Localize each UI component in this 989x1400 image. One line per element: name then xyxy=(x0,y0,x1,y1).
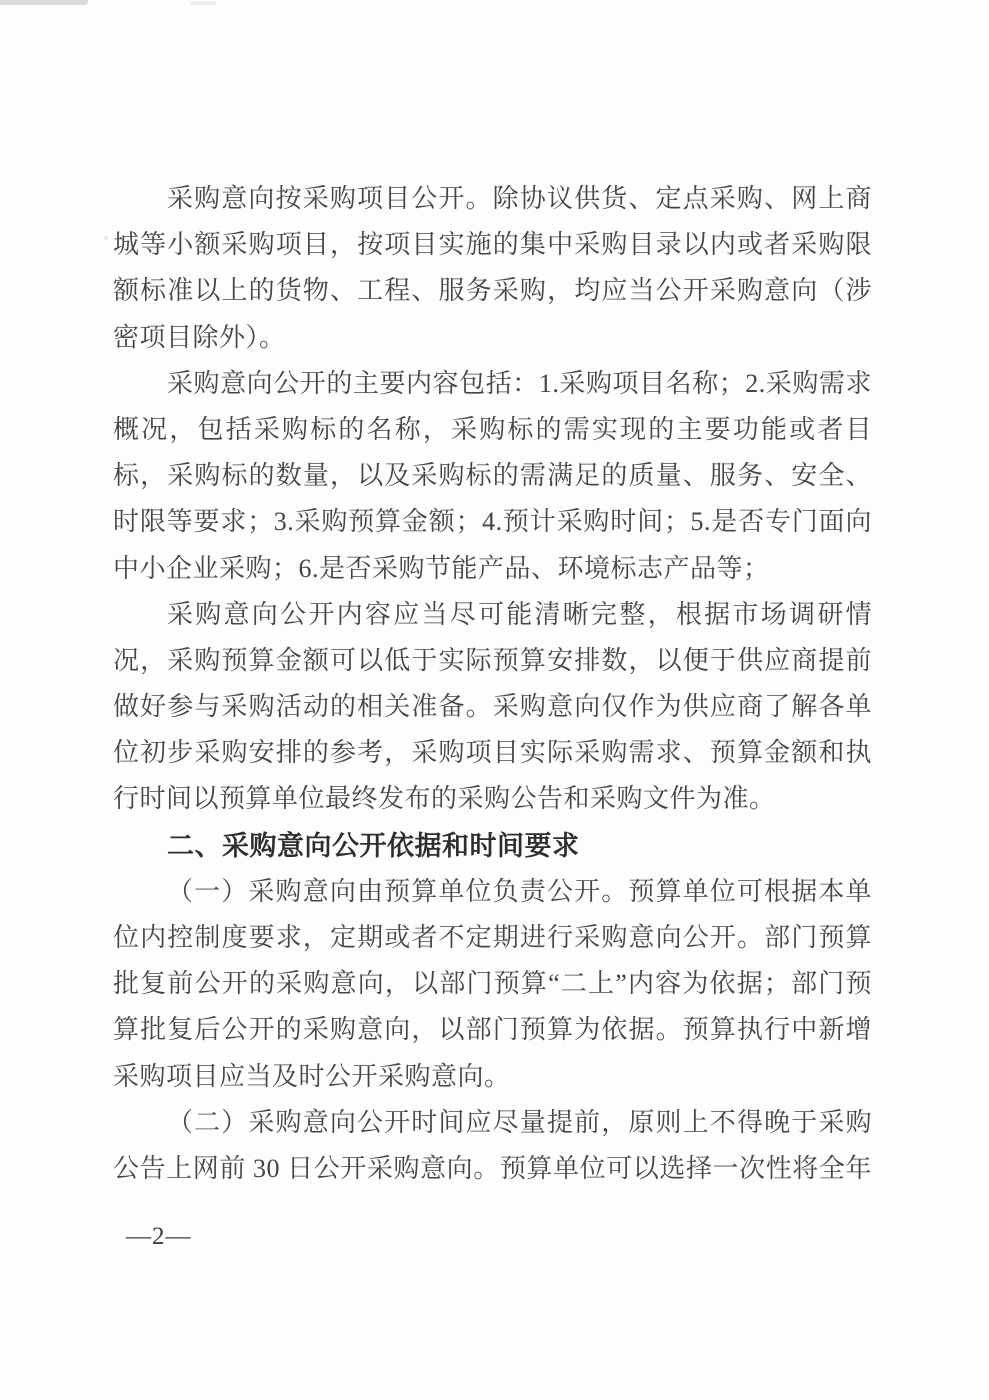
text-line: 标，采购标的数量，以及采购标的需满足的质量、服务、安全、 xyxy=(113,453,872,499)
document-page: 采购意向按采购项目公开。除协议供货、定点采购、网上商 城等小额采购项目，按项目实… xyxy=(0,0,989,1400)
text-line: 批复前公开的采购意向，以部门预算“二上”内容为依据；部门预 xyxy=(113,961,872,1007)
text-line: 中小企业采购；6.是否采购节能产品、环境标志产品等； xyxy=(113,546,872,592)
text-line: 公告上网前 30 日公开采购意向。预算单位可以选择一次性将全年 xyxy=(113,1146,872,1192)
text-line: （二）采购意向公开时间应尽量提前，原则上不得晚于采购 xyxy=(113,1100,872,1146)
text-line: 况，采购预算金额可以低于实际预算安排数，以便于供应商提前 xyxy=(113,638,872,684)
text-line: 密项目除外）。 xyxy=(113,315,872,361)
text-line: 行时间以预算单位最终发布的采购公告和采购文件为准。 xyxy=(113,776,872,822)
scan-artifact xyxy=(190,1,216,5)
text-line: 采购意向公开内容应当尽可能清晰完整，根据市场调研情 xyxy=(113,592,872,638)
text-line: 采购意向公开的主要内容包括：1.采购项目名称；2.采购需求 xyxy=(113,361,872,407)
text-line: 做好参与采购活动的相关准备。采购意向仅作为供应商了解各单 xyxy=(113,684,872,730)
text-line: 时限等要求；3.采购预算金额；4.预计采购时间；5.是否专门面向 xyxy=(113,499,872,545)
text-line: （一）采购意向由预算单位负责公开。预算单位可根据本单 xyxy=(113,869,872,915)
text-line: 位初步采购安排的参考，采购项目实际采购需求、预算金额和执 xyxy=(113,730,872,776)
document-body: 采购意向按采购项目公开。除协议供货、定点采购、网上商 城等小额采购项目，按项目实… xyxy=(113,176,872,1192)
text-line: 采购项目应当及时公开采购意向。 xyxy=(113,1054,872,1100)
section-heading: 二、采购意向公开依据和时间要求 xyxy=(113,823,872,869)
text-line: 采购意向按采购项目公开。除协议供货、定点采购、网上商 xyxy=(113,176,872,222)
page-number: —2— xyxy=(126,1222,192,1252)
text-line: 位内控制度要求，定期或者不定期进行采购意向公开。部门预算 xyxy=(113,915,872,961)
text-line: 城等小额采购项目，按项目实施的集中采购目录以内或者采购限 xyxy=(113,222,872,268)
text-line: 概况，包括采购标的名称，采购标的需实现的主要功能或者目 xyxy=(113,407,872,453)
scan-artifact xyxy=(104,236,108,240)
scan-artifact xyxy=(0,0,88,5)
text-line: 算批复后公开的采购意向，以部门预算为依据。预算执行中新增 xyxy=(113,1007,872,1053)
text-line: 额标准以上的货物、工程、服务采购，均应当公开采购意向（涉 xyxy=(113,268,872,314)
